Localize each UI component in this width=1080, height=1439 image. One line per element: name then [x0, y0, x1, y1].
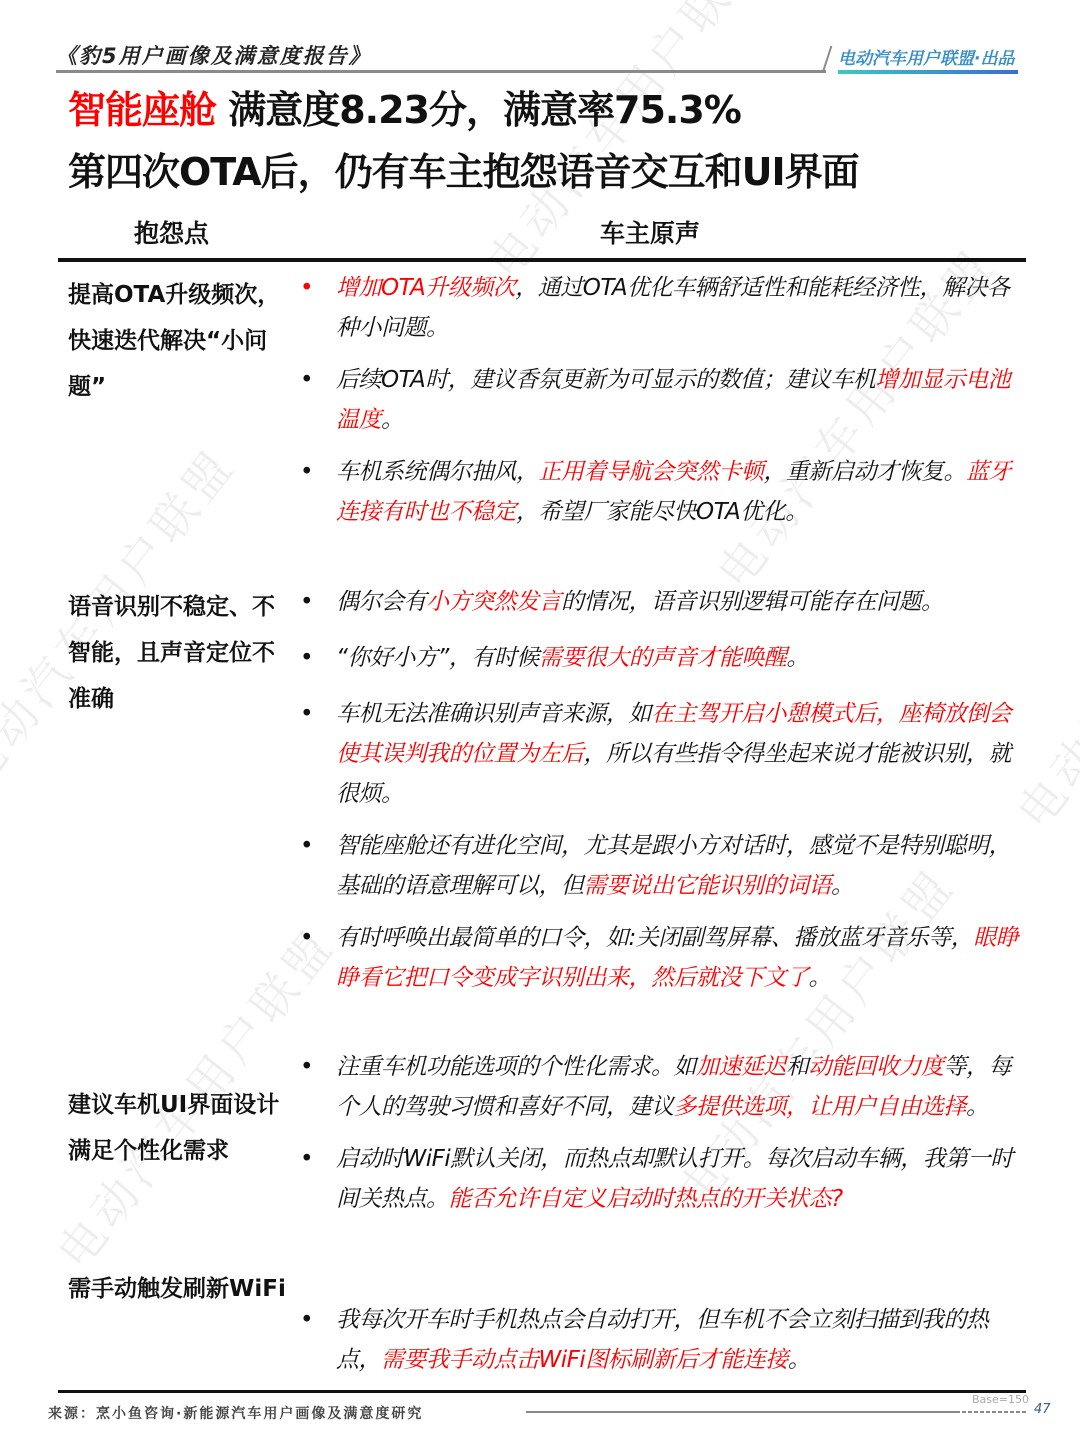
bullet-icon: • — [300, 638, 313, 678]
title-line-1-rest: 满意度8.23分，满意率75.3% — [216, 88, 741, 132]
title-accent: 智能座舱 — [68, 88, 216, 132]
owner-quote-item: •智能座舱还有进化空间，尤其是跟小方对话时，感觉不是特别聪明，基础的语意理解可以… — [300, 826, 1020, 906]
owner-quote-item: •有时呼唤出最简单的口令，如:关闭副驾屏幕、播放蓝牙音乐等，眼睁睁看它把口令变成… — [300, 918, 1020, 998]
owner-quote-item: •我每次开车时手机热点会自动打开，但车机不会立刻扫描到我的热点，需要我手动点击W… — [300, 1300, 1020, 1380]
title-line-2: 第四次OTA后，仍有车主抱怨语音交互和UI界面 — [68, 146, 859, 198]
report-title: 《豹5用户画像及满意度报告》 — [56, 40, 372, 70]
highlighted-text: 加速延迟 — [696, 1054, 786, 1080]
quote-text: 车机系统偶尔抽风， — [336, 459, 539, 485]
footer-rule — [58, 1390, 1026, 1393]
pain-point-label: 提高OTA升级频次，快速迭代解决“小问题” — [68, 272, 293, 410]
highlighted-text: 小方突然发言 — [426, 589, 561, 615]
owner-quote-item: •车机系统偶尔抽风，正用着导航会突然卡顿，重新启动才恢复。蓝牙连接有时也不稳定，… — [300, 452, 1020, 532]
bullet-icon: • — [300, 694, 313, 734]
highlighted-text: 正用着导航会突然卡顿 — [539, 459, 764, 485]
owner-quotes-list: •我每次开车时手机热点会自动打开，但车机不会立刻扫描到我的热点，需要我手动点击W… — [300, 1300, 1020, 1392]
column-header-pain-point: 抱怨点 — [134, 214, 209, 250]
highlighted-text: 多提供选项，让用户自由选择 — [674, 1094, 967, 1120]
header-slash-divider — [822, 46, 833, 73]
quote-text: 偶尔会有 — [336, 589, 426, 615]
quote-text: 车机无法准确识别声音来源，如 — [336, 701, 651, 727]
highlighted-text: 动能回收力度 — [809, 1054, 944, 1080]
table-header-rule — [58, 258, 1026, 262]
quote-text: 。 — [788, 1347, 811, 1373]
base-sample-size: Base=150 — [972, 1393, 1029, 1406]
quote-text: 。 — [381, 407, 404, 433]
bullet-icon: • — [300, 918, 313, 958]
quote-text: 。 — [966, 1094, 989, 1120]
quote-text: ，希望厂家能尽快OTA优化。 — [516, 499, 808, 525]
owner-quotes-list: •注重车机功能选项的个性化需求。如加速延迟和动能回收力度等，每个人的驾驶习惯和喜… — [300, 1047, 1020, 1231]
title-line-1: 智能座舱 满意度8.23分，满意率75.3% — [68, 84, 859, 136]
owner-quote-item: •增加OTA升级频次，通过OTA优化车辆舒适性和能耗经济性，解决各种小问题。 — [300, 268, 1020, 348]
highlighted-text: 需要我手动点击WiFi图标刷新后才能连接 — [381, 1347, 788, 1373]
highlighted-text: 需要说出它能识别的词语 — [584, 873, 832, 899]
quote-text: 。 — [809, 965, 832, 991]
owner-quote-item: •注重车机功能选项的个性化需求。如加速延迟和动能回收力度等，每个人的驾驶习惯和喜… — [300, 1047, 1020, 1127]
bullet-icon: • — [300, 582, 313, 622]
bullet-icon: • — [300, 1047, 313, 1087]
pain-point-label: 语音识别不稳定、不智能，且声音定位不准确 — [68, 584, 293, 722]
quote-text: 的情况，语音识别逻辑可能存在问题。 — [561, 589, 944, 615]
quote-text: 有时呼唤出最简单的口令，如:关闭副驾屏幕、播放蓝牙音乐等， — [336, 925, 973, 951]
page-header: 《豹5用户画像及满意度报告》 电动汽车用户联盟·出品 — [0, 0, 1080, 80]
page-title: 智能座舱 满意度8.23分，满意率75.3% 第四次OTA后，仍有车主抱怨语音交… — [68, 84, 859, 198]
quote-text: 和 — [786, 1054, 809, 1080]
column-header-owner-voice: 车主原声 — [600, 214, 700, 250]
bullet-icon: • — [300, 360, 313, 400]
quote-text: “你好小方”，有时候 — [336, 645, 539, 671]
bullet-icon: • — [300, 826, 313, 866]
quote-text: 后续OTA时，建议香氛更新为可显示的数值；建议车机 — [336, 367, 875, 393]
footer-line — [526, 1411, 956, 1413]
quote-text: 注重车机功能选项的个性化需求。如 — [336, 1054, 696, 1080]
bullet-icon: • — [300, 452, 313, 492]
owner-quote-item: •车机无法准确识别声音来源，如在主驾开启小憩模式后，座椅放倒会使其误判我的位置为… — [300, 694, 1020, 814]
owner-quote-item: •偶尔会有小方突然发言的情况，语音识别逻辑可能存在问题。 — [300, 582, 1020, 622]
publisher-underline — [838, 70, 1018, 74]
highlighted-text: 增加OTA升级频次 — [336, 275, 515, 301]
highlighted-text: 需要很大的声音才能唤醒 — [539, 645, 787, 671]
owner-quote-item: •“你好小方”，有时候需要很大的声音才能唤醒。 — [300, 638, 1020, 678]
source-note: 来源：烹小鱼咨询·新能源汽车用户画像及满意度研究 — [48, 1403, 423, 1423]
owner-quotes-list: •偶尔会有小方突然发言的情况，语音识别逻辑可能存在问题。•“你好小方”，有时候需… — [300, 582, 1020, 1010]
page-number: 47 — [1034, 1402, 1051, 1417]
footer-dashed-line — [956, 1411, 1026, 1413]
highlighted-text: 能否允许自定义启动时热点的开关状态? — [449, 1186, 843, 1212]
bullet-icon: • — [300, 1300, 313, 1340]
quote-text: ，重新启动才恢复。 — [764, 459, 967, 485]
bullet-icon: • — [300, 1139, 313, 1179]
owner-quotes-list: •增加OTA升级频次，通过OTA优化车辆舒适性和能耗经济性，解决各种小问题。•后… — [300, 268, 1020, 544]
quote-text: 。 — [786, 645, 809, 671]
pain-point-label: 需手动触发刷新WiFi — [68, 1266, 293, 1312]
owner-quote-item: •后续OTA时，建议香氛更新为可显示的数值；建议车机增加显示电池温度。 — [300, 360, 1020, 440]
bullet-icon: • — [300, 268, 313, 308]
header-divider — [56, 70, 826, 73]
pain-point-label: 建议车机UI界面设计满足个性化需求 — [68, 1082, 293, 1174]
owner-quote-item: •启动时WiFi默认关闭，而热点却默认打开。每次启动车辆，我第一时间关热点。能否… — [300, 1139, 1020, 1219]
quote-text: 。 — [831, 873, 854, 899]
publisher-label: 电动汽车用户联盟·出品 — [838, 44, 1014, 69]
